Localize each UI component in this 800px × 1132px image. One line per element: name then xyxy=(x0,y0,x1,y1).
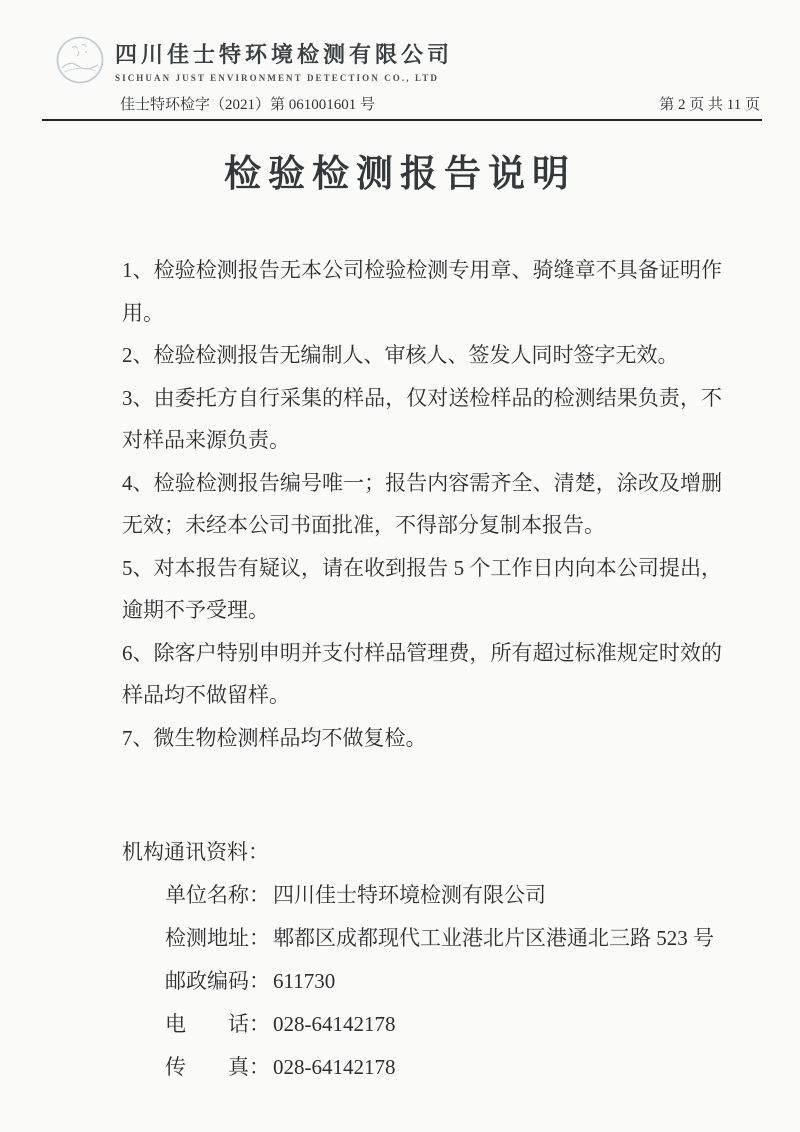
contact-value-address: 郫都区成都现代工业港北片区港通北三路 523 号 xyxy=(273,917,714,960)
report-number: 佳士特环检字（2021）第 061001601 号 xyxy=(120,93,375,114)
page-header: 四川佳士特环境检测有限公司 SICHUAN JUST ENVIRONMENT D… xyxy=(0,0,800,121)
contact-heading: 机构通讯资料： xyxy=(122,831,722,874)
notice-item-6: 6、除客户特别申明并支付样品管理费，所有超过标准规定时效的样品均不做留样。 xyxy=(122,632,722,717)
notice-item-1: 1、检验检测报告无本公司检验检测专用章、骑缝章不具备证明作用。 xyxy=(122,249,722,334)
contact-section: 机构通讯资料： 单位名称： 四川佳士特环境检测有限公司 检测地址： 郫都区成都现… xyxy=(122,831,722,1089)
report-page: 四川佳士特环境检测有限公司 SICHUAN JUST ENVIRONMENT D… xyxy=(0,0,800,1132)
contact-row-fax: 传 真： 028-64142178 xyxy=(165,1046,722,1089)
company-name-en: SICHUAN JUST ENVIRONMENT DETECTION CO., … xyxy=(115,73,453,83)
contact-value-postcode: 611730 xyxy=(273,960,335,1003)
notice-list: 1、检验检测报告无本公司检验检测专用章、骑缝章不具备证明作用。 2、检验检测报告… xyxy=(122,249,722,759)
company-brand: 四川佳士特环境检测有限公司 SICHUAN JUST ENVIRONMENT D… xyxy=(55,34,762,85)
page-indicator: 第 2 页 共 11 页 xyxy=(659,93,760,114)
contact-value-company: 四川佳士特环境检测有限公司 xyxy=(273,874,546,917)
contact-label-postcode: 邮政编码： xyxy=(165,960,270,1003)
notice-item-7: 7、微生物检测样品均不做复检。 xyxy=(122,717,722,760)
contact-row-address: 检测地址： 郫都区成都现代工业港北片区港通北三路 523 号 xyxy=(165,917,722,960)
notice-item-4: 4、检验检测报告编号唯一；报告内容需齐全、清楚，涂改及增删无效；未经本公司书面批… xyxy=(122,462,722,547)
contact-row-phone: 电 话： 028-64142178 xyxy=(165,1003,722,1046)
contact-value-fax: 028-64142178 xyxy=(273,1046,396,1089)
notice-item-2: 2、检验检测报告无编制人、审核人、签发人同时签字无效。 xyxy=(122,334,722,377)
contact-row-postcode: 邮政编码： 611730 xyxy=(165,960,722,1003)
document-meta-row: 佳士特环检字（2021）第 061001601 号 第 2 页 共 11 页 xyxy=(120,93,760,114)
company-name-cn: 四川佳士特环境检测有限公司 xyxy=(115,38,453,69)
notice-item-5: 5、对本报告有疑议，请在收到报告 5 个工作日内向本公司提出，逾期不予受理。 xyxy=(122,547,722,632)
company-seal-icon xyxy=(55,35,105,85)
contact-row-company: 单位名称： 四川佳士特环境检测有限公司 xyxy=(165,874,722,917)
contact-value-phone: 028-64142178 xyxy=(273,1003,396,1046)
contact-label-phone: 电 话： xyxy=(165,1003,270,1046)
company-name-block: 四川佳士特环境检测有限公司 SICHUAN JUST ENVIRONMENT D… xyxy=(115,34,453,83)
contact-label-company: 单位名称： xyxy=(165,874,270,917)
contact-label-fax: 传 真： xyxy=(165,1046,270,1089)
notice-item-3: 3、由委托方自行采集的样品，仅对送检样品的检测结果负责，不对样品来源负责。 xyxy=(122,377,722,462)
header-divider xyxy=(42,119,762,121)
contact-label-address: 检测地址： xyxy=(165,917,270,960)
page-title: 检验检测报告说明 xyxy=(0,143,800,197)
